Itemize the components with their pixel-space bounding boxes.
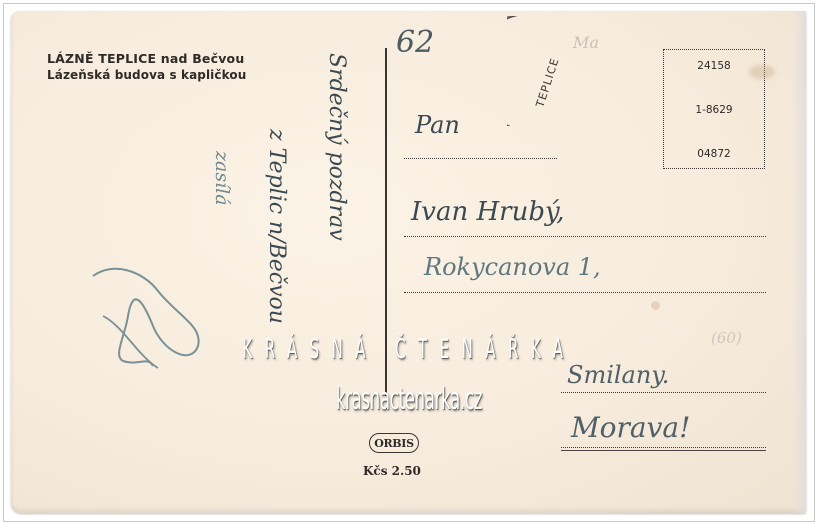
message-line-3: zasílá bbox=[211, 151, 233, 206]
postcard: LÁZNĚ TEPLICE nad Bečvou Lázeňská budova… bbox=[11, 11, 806, 513]
pencil-circle-note: (60) bbox=[711, 329, 742, 347]
printed-title: LÁZNĚ TEPLICE nad Bečvou bbox=[47, 51, 244, 66]
stain bbox=[749, 65, 775, 79]
price-label: Kčs 2.50 bbox=[363, 464, 421, 478]
orbis-logo: ORBIS bbox=[369, 433, 419, 453]
address-line-1 bbox=[404, 158, 557, 159]
postmark-stamp: TEPLICE bbox=[507, 16, 597, 126]
address-street: Rokycanova 1, bbox=[424, 253, 601, 281]
watermark-title: KRÁSNÁ ČTENÁŘKA bbox=[155, 334, 662, 365]
address-name: Ivan Hrubý, bbox=[411, 197, 564, 227]
meter-stamp: 24158 1-8629 04872 bbox=[663, 49, 765, 169]
meter-line-2: 1-8629 bbox=[664, 104, 764, 116]
pencil-number: 62 bbox=[396, 25, 434, 60]
printed-subtitle: Lázeňská budova s kapličkou bbox=[47, 68, 246, 82]
meter-line-3: 04872 bbox=[664, 148, 764, 160]
address-salutation: Pan bbox=[415, 111, 460, 139]
stain bbox=[651, 301, 660, 310]
message-line-1: Srdečný pozdrav bbox=[324, 53, 349, 241]
address-line-2 bbox=[404, 236, 766, 237]
address-line-5 bbox=[561, 447, 766, 448]
postmark-text: TEPLICE bbox=[533, 56, 562, 110]
card-edge-shadow bbox=[792, 11, 806, 513]
message-line-2: z Teplic n/Bečvou bbox=[264, 129, 289, 324]
watermark-url[interactable]: krasnactenarka.cz bbox=[184, 382, 634, 417]
address-line-3 bbox=[404, 292, 766, 293]
